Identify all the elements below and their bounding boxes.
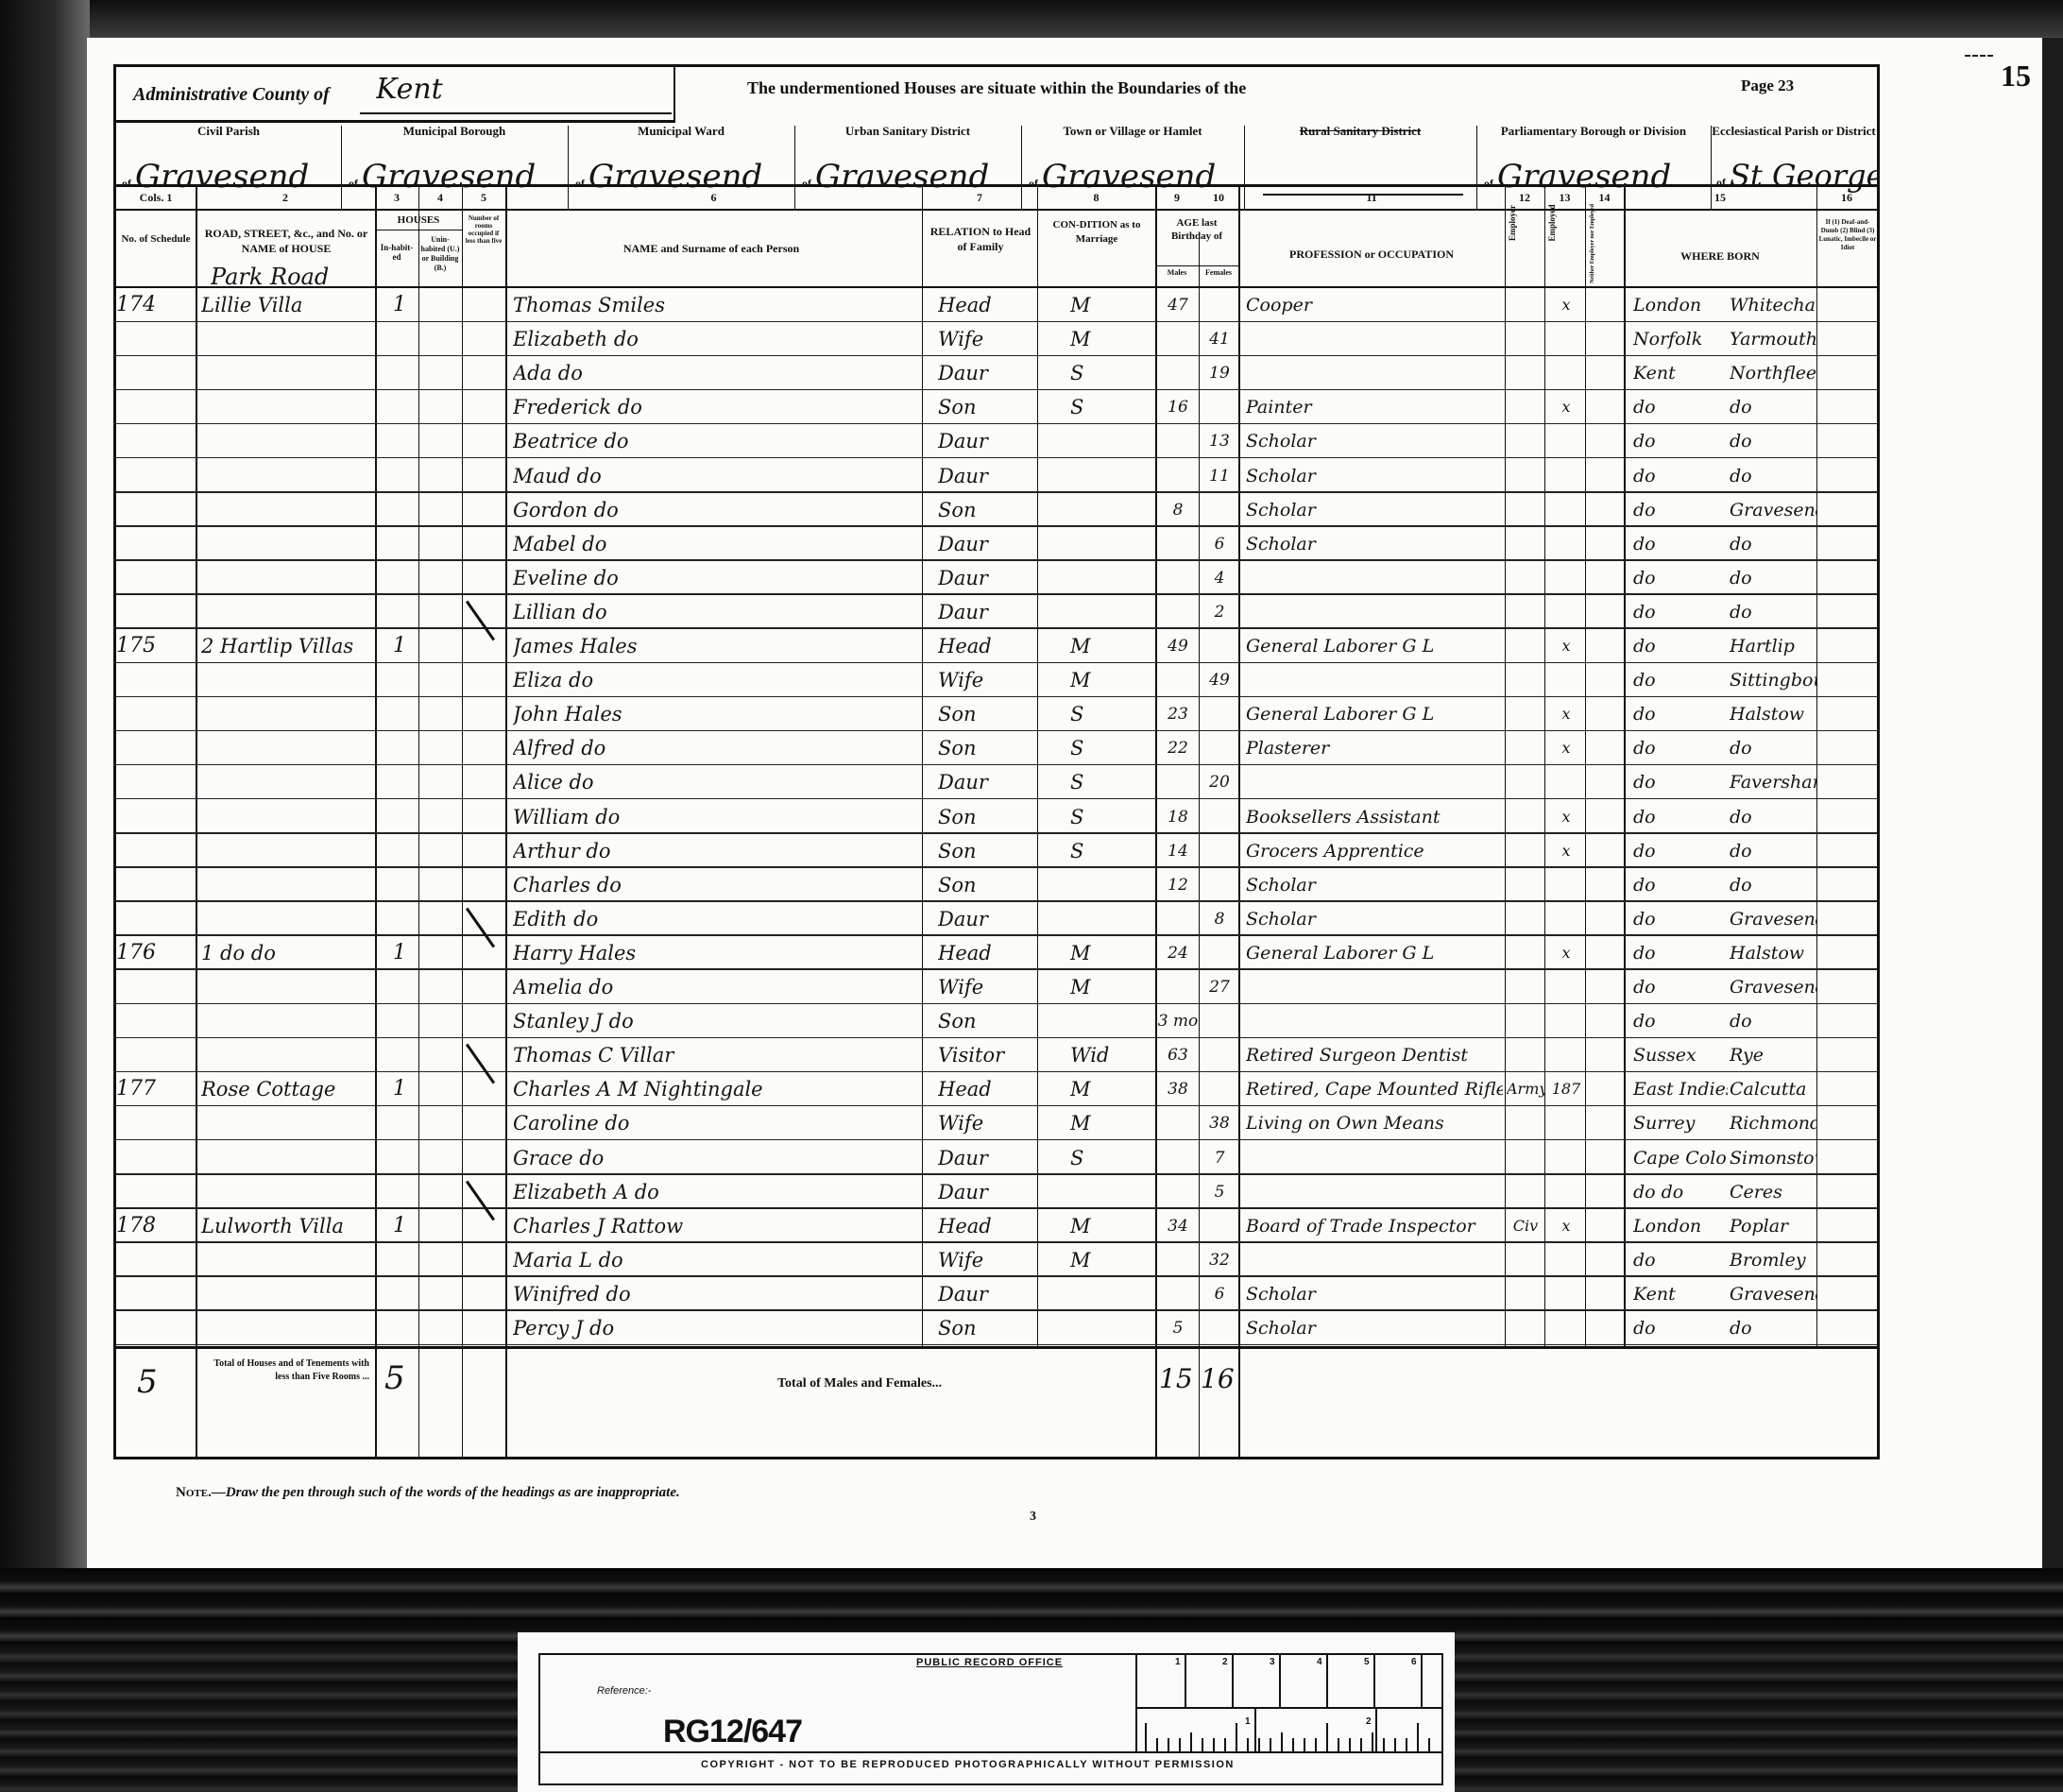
marital-condition: S: [1070, 800, 1153, 834]
marital-condition: M: [1070, 1209, 1153, 1243]
born-county: Kent: [1633, 1277, 1728, 1311]
female-age: 49: [1201, 663, 1238, 697]
male-age: [1157, 527, 1199, 561]
female-age: [1201, 288, 1238, 322]
schedule-number: [116, 663, 196, 697]
house-name: Rose Cottage: [201, 1072, 375, 1106]
house-name: [201, 868, 375, 902]
scale-inch-tick: [1326, 1723, 1328, 1751]
relation: Son: [938, 868, 1036, 902]
rooms-count: [464, 765, 505, 799]
person-name: Maria L do: [513, 1243, 919, 1277]
uninhabited-count: [420, 493, 462, 527]
male-age: 47: [1157, 288, 1199, 322]
males-females-label: Total of Males and Females...: [777, 1376, 942, 1391]
public-record-office-label: PUBLIC RECORD OFFICE: [916, 1657, 1063, 1668]
person-name: Arthur do: [513, 834, 919, 868]
born-county: do: [1633, 970, 1728, 1004]
employer-mark: [1507, 1243, 1544, 1277]
born-place: Richmond: [1730, 1106, 1816, 1140]
uninhabited-count: [420, 868, 462, 902]
colnum-1: Cols. 1: [116, 192, 196, 203]
table-row: 1761 do do1Harry HalesHeadM24General Lab…: [116, 936, 1877, 970]
born-county: do: [1633, 1311, 1728, 1345]
inhabited-count: [381, 527, 418, 561]
note-label: Note.: [176, 1485, 212, 1500]
male-age: 63: [1157, 1038, 1199, 1072]
relation: Wife: [938, 970, 1036, 1004]
person-name: Elizabeth A do: [513, 1175, 919, 1209]
marital-condition: [1070, 1277, 1153, 1311]
female-age: 8: [1201, 902, 1238, 936]
employed-mark: 187: [1548, 1072, 1584, 1106]
house-name: [201, 902, 375, 936]
table-row: Alice doDaurS20doFaversham: [116, 765, 1877, 799]
relation: Son: [938, 390, 1036, 424]
employer-mark: [1507, 902, 1544, 936]
uninhabited-count: [420, 800, 462, 834]
relation: Daur: [938, 1175, 1036, 1209]
house-name: [201, 663, 375, 697]
neither-mark: [1587, 970, 1623, 1004]
rooms-count: [464, 1311, 505, 1345]
employed-mark: x: [1548, 390, 1584, 424]
schedule-number: [116, 970, 196, 1004]
inhabited-count: [381, 595, 418, 629]
male-age: [1157, 663, 1199, 697]
occupation: General Laborer G L: [1246, 936, 1503, 970]
employer-mark: [1507, 1106, 1544, 1140]
female-age: 7: [1201, 1141, 1238, 1175]
inhabited-count: 1: [381, 1072, 418, 1106]
male-age: 34: [1157, 1209, 1199, 1243]
inhabited-count: [381, 322, 418, 356]
inhabited-count: [381, 390, 418, 424]
employer-mark: [1507, 390, 1544, 424]
admin-box-bottom: [116, 120, 675, 123]
female-age: [1201, 390, 1238, 424]
marital-condition: [1070, 527, 1153, 561]
houses-subrule: [375, 230, 462, 230]
scale-inch-tick: [1428, 1738, 1430, 1751]
born-place: do: [1730, 1004, 1816, 1038]
house-name: 2 Hartlip Villas: [201, 629, 375, 663]
house-name: [201, 970, 375, 1004]
heading-occupation: PROFESSION or OCCUPATION: [1238, 248, 1505, 260]
uninhabited-count: [420, 595, 462, 629]
schedule-number: [116, 1243, 196, 1277]
house-name: [201, 1243, 375, 1277]
female-age: 11: [1201, 459, 1238, 493]
inhabited-count: 1: [381, 936, 418, 970]
employer-mark: [1507, 288, 1544, 322]
municipal-borough-name: Gravesend: [362, 158, 536, 196]
scale-inch-label: 1: [1245, 1716, 1251, 1727]
table-row: William doSonS18Booksellers Assistantxdo…: [116, 800, 1877, 834]
employer-mark: [1507, 1311, 1544, 1345]
employed-mark: [1548, 1175, 1584, 1209]
rooms-count: [464, 1004, 505, 1038]
header-bottom-rule: [116, 184, 1877, 187]
occupation: [1246, 1243, 1503, 1277]
born-county: Sussex: [1633, 1038, 1728, 1072]
marital-condition: [1070, 561, 1153, 595]
born-place: Hartlip: [1730, 629, 1816, 663]
male-age: [1157, 459, 1199, 493]
neither-mark: [1587, 356, 1623, 390]
employer-mark: [1507, 936, 1544, 970]
civil-parish-label: Civil Parish: [116, 124, 341, 138]
rooms-count: [464, 663, 505, 697]
employer-mark: [1507, 527, 1544, 561]
scale-inch-tick: [1213, 1738, 1215, 1751]
inhabited-count: [381, 663, 418, 697]
male-age: [1157, 322, 1199, 356]
marital-condition: M: [1070, 936, 1153, 970]
neither-mark: [1587, 493, 1623, 527]
municipal-borough-value: of Gravesend: [349, 158, 564, 196]
uninhabited-count: [420, 1004, 462, 1038]
table-row: Eveline doDaur4dodo: [116, 561, 1877, 595]
schedule-number: [116, 1004, 196, 1038]
employer-mark: [1507, 970, 1544, 1004]
male-age: [1157, 1243, 1199, 1277]
born-county: do: [1633, 1004, 1728, 1038]
schedule-number: [116, 595, 196, 629]
male-age: 16: [1157, 390, 1199, 424]
occupation: [1246, 595, 1503, 629]
heading-condition: CON-DITION as to Marriage: [1042, 218, 1151, 247]
scale-inch-tick: [1258, 1738, 1260, 1751]
neither-mark: [1587, 322, 1623, 356]
house-name: [201, 1277, 375, 1311]
occupation: [1246, 970, 1503, 1004]
employed-mark: [1548, 493, 1584, 527]
employed-mark: [1548, 424, 1584, 458]
marital-condition: M: [1070, 970, 1153, 1004]
male-age: 38: [1157, 1072, 1199, 1106]
male-age: 12: [1157, 868, 1199, 902]
relation: Son: [938, 1311, 1036, 1345]
born-county: do: [1633, 800, 1728, 834]
neither-mark: [1587, 1277, 1623, 1311]
born-county: Surrey: [1633, 1106, 1728, 1140]
house-name: [201, 1106, 375, 1140]
employed-mark: [1548, 356, 1584, 390]
inhabited-count: [381, 424, 418, 458]
table-row: Ada doDaurS19KentNorthfleet: [116, 356, 1877, 390]
rooms-count: [464, 731, 505, 765]
scale-inch-label: 2: [1366, 1716, 1372, 1727]
person-name: Percy J do: [513, 1311, 919, 1345]
born-place: Gravesend: [1730, 1277, 1816, 1311]
male-age: [1157, 1175, 1199, 1209]
scale-inch-tick: [1236, 1723, 1237, 1751]
employer-mark: [1507, 595, 1544, 629]
employed-mark: x: [1548, 629, 1584, 663]
heading-houses: HOUSES: [375, 214, 462, 226]
occupation: Scholar: [1246, 527, 1503, 561]
urban-sanitary-label: Urban Sanitary District: [794, 124, 1021, 138]
person-name: Maud do: [513, 459, 919, 493]
born-county: do: [1633, 493, 1728, 527]
heading-inhabited: In-habit-ed: [377, 243, 417, 262]
reference-label: Reference:-: [597, 1685, 651, 1697]
employer-mark: [1507, 561, 1544, 595]
employed-mark: [1548, 902, 1584, 936]
schedule-number: [116, 322, 196, 356]
inhabited-count: 1: [381, 288, 418, 322]
employer-mark: [1507, 731, 1544, 765]
civil-parish-value: of Gravesend: [122, 158, 337, 196]
schedule-number: [116, 765, 196, 799]
table-row: Edith doDaur8ScholardoGravesend: [116, 902, 1877, 936]
colnum-5: 5: [462, 192, 505, 203]
born-place: do: [1730, 424, 1816, 458]
table-row: Thomas C VillarVisitorWid63Retired Surge…: [116, 1038, 1877, 1072]
uninhabited-count: [420, 424, 462, 458]
marital-condition: S: [1070, 1141, 1153, 1175]
house-name: [201, 390, 375, 424]
employed-mark: [1548, 1243, 1584, 1277]
employed-mark: [1548, 322, 1584, 356]
relation: Daur: [938, 1277, 1036, 1311]
employed-mark: [1548, 663, 1584, 697]
colnum-11: 11: [1238, 192, 1505, 203]
employed-mark: x: [1548, 936, 1584, 970]
heading-schedule: No. of Schedule: [118, 233, 194, 245]
born-county: East Indies: [1633, 1072, 1728, 1106]
house-name: [201, 1311, 375, 1345]
inhabited-count: [381, 561, 418, 595]
neither-mark: [1587, 1106, 1623, 1140]
reference-number: RG12/647: [663, 1714, 802, 1750]
person-name: Harry Hales: [513, 936, 919, 970]
inhabited-count: [381, 1004, 418, 1038]
scale-inch: 12: [1137, 1709, 1441, 1751]
born-place: Whitechapel: [1730, 288, 1816, 322]
boundaries-text: The undermentioned Houses are situate wi…: [747, 78, 1246, 98]
age-subrule: [1155, 265, 1238, 266]
relation: Visitor: [938, 1038, 1036, 1072]
rooms-count: [464, 322, 505, 356]
neither-mark: [1587, 1243, 1623, 1277]
rooms-count: [464, 356, 505, 390]
uninhabited-count: [420, 527, 462, 561]
schedule-number: 175: [116, 629, 196, 663]
occupation: [1246, 663, 1503, 697]
census-form: Administrative County of Kent The underm…: [113, 64, 1880, 1459]
colnum-4: 4: [418, 192, 462, 203]
scale-cm-tick: [1185, 1655, 1186, 1707]
table-row: Mabel doDaur6Scholardodo: [116, 527, 1877, 561]
schedules-total: 5: [137, 1363, 158, 1401]
schedule-number: [116, 1277, 196, 1311]
civil-parish-name: Gravesend: [135, 158, 309, 196]
neither-mark: [1587, 1209, 1623, 1243]
table-row: Alfred doSonS22Plastererxdodo: [116, 731, 1877, 765]
schedule-number: 178: [116, 1209, 196, 1243]
house-name: [201, 1141, 375, 1175]
male-age: [1157, 1106, 1199, 1140]
inhabited-count: [381, 697, 418, 731]
born-place: Bromley: [1730, 1243, 1816, 1277]
female-age: [1201, 1311, 1238, 1345]
relation: Wife: [938, 322, 1036, 356]
neither-mark: [1587, 424, 1623, 458]
totals-top-rule: [116, 1346, 1877, 1349]
colnum-bottom-rule: [116, 209, 1877, 211]
employed-mark: [1548, 1277, 1584, 1311]
house-name: [201, 356, 375, 390]
employer-mark: [1507, 629, 1544, 663]
employer-mark: [1507, 424, 1544, 458]
male-age: 3 mo: [1157, 1004, 1199, 1038]
uninhabited-count: [420, 629, 462, 663]
person-name: Frederick do: [513, 390, 919, 424]
uninhabited-count: [420, 765, 462, 799]
male-age: [1157, 424, 1199, 458]
person-name: Stanley J do: [513, 1004, 919, 1038]
person-name: John Hales: [513, 697, 919, 731]
heading-infirmity: If (1) Deaf-and-Dumb (2) Blind (3) Lunat…: [1818, 218, 1877, 252]
born-place: Halstow: [1730, 936, 1816, 970]
uninhabited-count: [420, 663, 462, 697]
born-county: do: [1633, 629, 1728, 663]
employed-mark: [1548, 1141, 1584, 1175]
born-county: Kent: [1633, 356, 1728, 390]
schedule-number: [116, 424, 196, 458]
scan-left-edge: [0, 0, 90, 1792]
born-place: Gravesend: [1730, 970, 1816, 1004]
born-place: do: [1730, 868, 1816, 902]
employed-mark: [1548, 1106, 1584, 1140]
neither-mark: [1587, 1038, 1623, 1072]
neither-mark: [1587, 868, 1623, 902]
municipal-ward-label: Municipal Ward: [568, 124, 794, 138]
employed-mark: [1548, 561, 1584, 595]
town-value: of Gravesend: [1029, 158, 1242, 196]
ecclesiastical-name: St George: [1730, 158, 1879, 194]
schedule-number: [116, 390, 196, 424]
employer-mark: [1507, 697, 1544, 731]
schedule-number: 174: [116, 288, 196, 322]
occupation: Grocers Apprentice: [1246, 834, 1503, 868]
inhabited-count: [381, 834, 418, 868]
marital-condition: M: [1070, 629, 1153, 663]
female-age: 13: [1201, 424, 1238, 458]
rooms-count: [464, 970, 505, 1004]
male-age: 18: [1157, 800, 1199, 834]
houses-total-label: Total of Houses and of Tenements with le…: [203, 1357, 369, 1384]
schedule-number: [116, 697, 196, 731]
table-row: Maud doDaur11Scholardodo: [116, 459, 1877, 493]
heading-road: ROAD, STREET, &c., and No. or NAME of HO…: [203, 226, 369, 256]
relation: Daur: [938, 527, 1036, 561]
born-place: do: [1730, 459, 1816, 493]
scale-inch-tick: [1338, 1738, 1339, 1751]
uninhabited-count: [420, 561, 462, 595]
relation: Wife: [938, 663, 1036, 697]
female-age: 32: [1201, 1243, 1238, 1277]
scale-inch-tick: [1304, 1738, 1305, 1751]
schedule-number: [116, 459, 196, 493]
admin-box-right: [673, 67, 675, 122]
inhabited-count: [381, 1311, 418, 1345]
table-row: Maria L doWifeM32doBromley: [116, 1243, 1877, 1277]
neither-mark: [1587, 663, 1623, 697]
table-row: Arthur doSonS14Grocers Apprenticexdodo: [116, 834, 1877, 868]
margin-dash: [1965, 55, 1993, 59]
born-county: London: [1633, 288, 1728, 322]
relation: Daur: [938, 1141, 1036, 1175]
female-age: [1201, 800, 1238, 834]
employer-mark: [1507, 493, 1544, 527]
neither-mark: [1587, 1004, 1623, 1038]
scale-inch-tick: [1383, 1738, 1385, 1751]
house-name: [201, 1004, 375, 1038]
relation: Head: [938, 1072, 1036, 1106]
rooms-count: [464, 1243, 505, 1277]
employed-mark: [1548, 1038, 1584, 1072]
born-place: Halstow: [1730, 697, 1816, 731]
scale-inch-tick: [1270, 1738, 1271, 1751]
uninhabited-count: [420, 1141, 462, 1175]
table-row: Eliza doWifeM49doSittingbourne: [116, 663, 1877, 697]
marital-condition: M: [1070, 288, 1153, 322]
inhabited-count: [381, 1106, 418, 1140]
employed-mark: x: [1548, 697, 1584, 731]
male-age: 23: [1157, 697, 1199, 731]
female-age: 20: [1201, 765, 1238, 799]
male-age: 14: [1157, 834, 1199, 868]
relation: Son: [938, 1004, 1036, 1038]
table-row: Caroline doWifeM38Living on Own MeansSur…: [116, 1106, 1877, 1140]
inhabited-count: [381, 970, 418, 1004]
male-age: [1157, 1277, 1199, 1311]
marital-condition: M: [1070, 1243, 1153, 1277]
employed-mark: [1548, 527, 1584, 561]
table-row: Percy J doSon5Scholardodo: [116, 1311, 1877, 1345]
rooms-count: [464, 1141, 505, 1175]
born-place: Northfleet: [1730, 356, 1816, 390]
male-age: [1157, 970, 1199, 1004]
house-name: Lulworth Villa: [201, 1209, 375, 1243]
schedule-number: [116, 868, 196, 902]
born-place: do: [1730, 834, 1816, 868]
uninhabited-count: [420, 288, 462, 322]
house-name: [201, 424, 375, 458]
marital-condition: [1070, 902, 1153, 936]
born-place: Yarmouth: [1730, 322, 1816, 356]
schedule-number: [116, 800, 196, 834]
heading-where-born: WHERE BORN: [1624, 250, 1816, 262]
relation: Head: [938, 936, 1036, 970]
rooms-count: [464, 459, 505, 493]
relation: Daur: [938, 765, 1036, 799]
uninhabited-count: [420, 1243, 462, 1277]
employed-mark: [1548, 1311, 1584, 1345]
neither-mark: [1587, 765, 1623, 799]
table-row: Winifred doDaur6ScholarKentGravesend: [116, 1277, 1877, 1311]
female-age: 41: [1201, 322, 1238, 356]
heading-neither: Neither Employer nor Employed: [1587, 201, 1598, 286]
females-total: 16: [1201, 1363, 1235, 1394]
neither-mark: [1587, 390, 1623, 424]
heading-uninhabited: Unin-habited (U.) or Building (B.): [420, 235, 460, 273]
female-age: [1201, 1209, 1238, 1243]
of-prefix: of: [122, 177, 131, 190]
